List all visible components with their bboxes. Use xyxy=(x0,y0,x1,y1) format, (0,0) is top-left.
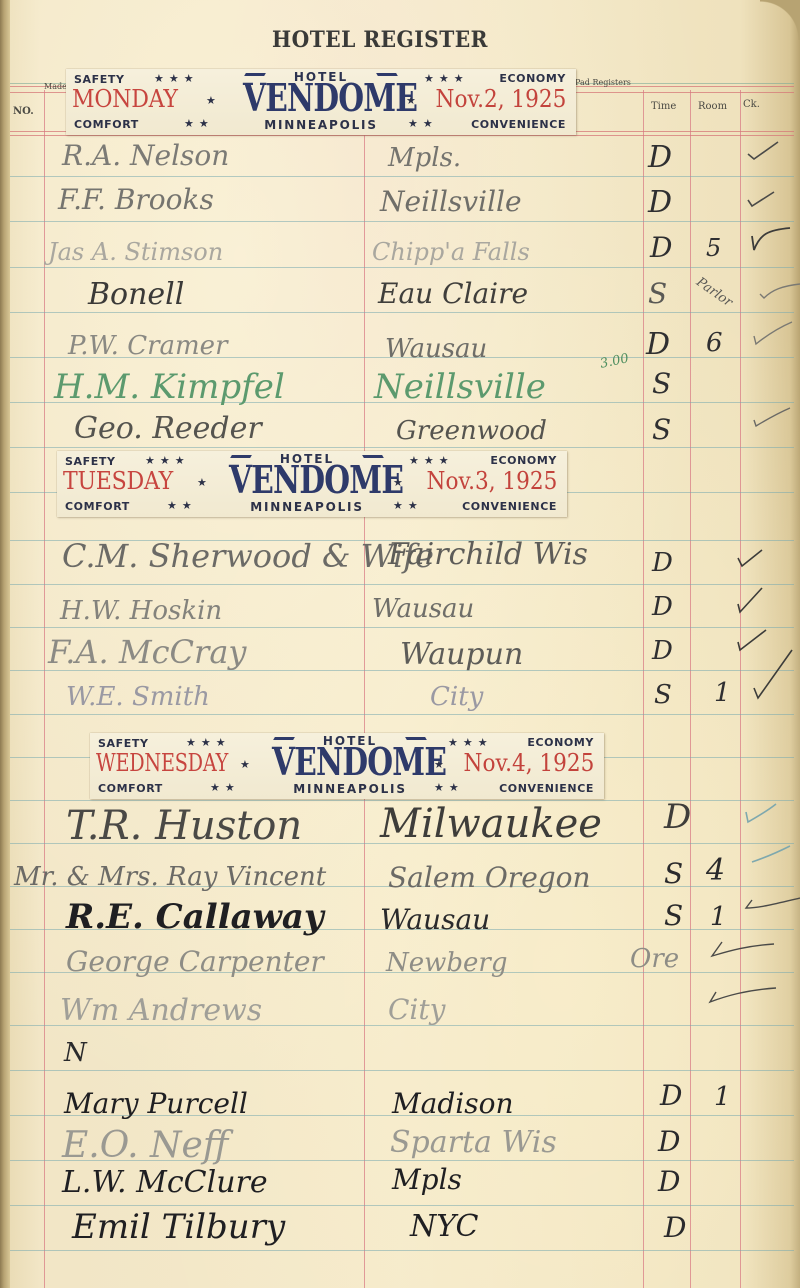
date-stamp-tuesday: SAFETY ★★★ TUESDAY ★ COMFORT ★★ HOTEL VE… xyxy=(57,451,567,517)
time-mark: S xyxy=(648,280,667,308)
column-header-no: NO. xyxy=(13,106,34,117)
stamp-economy: ECONOMY xyxy=(490,454,557,467)
guest-city: City xyxy=(388,996,445,1024)
guest-city: Chipp'a Falls xyxy=(372,240,530,264)
star-icons: ★★ xyxy=(167,499,197,512)
checkmark-icon xyxy=(708,984,742,1004)
checkmark-icon xyxy=(710,940,744,960)
guest-name: P.W. Cramer xyxy=(68,333,228,359)
rate-note: 3.00 xyxy=(599,352,630,371)
room-number: 5 xyxy=(706,236,721,260)
checkmark-icon xyxy=(750,228,784,248)
column-header-room: Room xyxy=(698,101,727,112)
guest-name: Mr. & Mrs. Ray Vincent xyxy=(14,864,326,890)
time-mark: S xyxy=(664,902,683,930)
guest-city: Neillsville xyxy=(374,370,546,404)
star-icons: ★★ xyxy=(434,781,464,794)
guest-city: Sparta Wis xyxy=(390,1128,557,1158)
column-header-time: Time xyxy=(651,101,676,112)
guest-name: Wm Andrews xyxy=(60,996,262,1026)
room-number: 1 xyxy=(714,680,731,706)
column-rule-no xyxy=(44,90,45,1288)
guest-city: Eau Claire xyxy=(378,280,528,308)
room-number: 4 xyxy=(706,856,725,886)
time-mark: D xyxy=(658,1168,680,1196)
guest-city: Mpls. xyxy=(388,145,461,171)
register-page: HOTEL REGISTER Made Pad Registers NO. Ti… xyxy=(0,0,800,1288)
stamp-convenience: CONVENIENCE xyxy=(499,782,594,795)
star-icons: ★★★ xyxy=(448,736,493,749)
guest-name: Emil Tilbury xyxy=(72,1210,285,1244)
stamp-convenience: CONVENIENCE xyxy=(471,118,566,131)
star-icon: ★ xyxy=(206,94,221,107)
guest-name: Geo. Reeder xyxy=(74,414,262,444)
time-mark: D xyxy=(660,1082,682,1110)
star-icons: ★★ xyxy=(184,117,214,130)
guest-city: Salem Oregon xyxy=(388,864,591,892)
checkmark-icon xyxy=(746,896,780,916)
time-mark: D xyxy=(652,594,673,620)
stamp-day: TUESDAY xyxy=(63,467,173,495)
time-mark: S xyxy=(652,370,671,398)
time-mark: D xyxy=(664,1214,686,1242)
guest-city: Neillsville xyxy=(380,188,522,216)
room-number: 1 xyxy=(710,904,727,930)
guest-city: Wausau xyxy=(380,906,490,934)
star-icons: ★★ xyxy=(393,499,423,512)
hotel-vendome-logo: HOTEL VENDOME MINNEAPOLIS xyxy=(207,451,407,517)
star-icons: ★★★ xyxy=(186,736,231,749)
star-icons: ★★★ xyxy=(154,72,199,85)
hotel-vendome-logo: HOTEL VENDOME MINNEAPOLIS xyxy=(250,733,450,799)
guest-name: T.R. Huston xyxy=(66,806,302,846)
column-rule-ck xyxy=(740,90,741,1288)
time-note: Ore xyxy=(630,946,679,972)
guest-city: Fairchild Wis xyxy=(388,540,588,570)
guest-city: Newberg xyxy=(386,950,508,976)
star-icon: ★ xyxy=(406,94,421,107)
time-mark: D xyxy=(646,330,670,360)
guest-name: H.W. Hoskin xyxy=(60,598,222,624)
checkmark-icon xyxy=(736,632,770,652)
column-rule-time xyxy=(643,90,644,1288)
header-rule xyxy=(10,135,794,136)
checkmark-icon xyxy=(742,808,776,828)
date-stamp-wednesday: SAFETY ★★★ WEDNESDAY ★ COMFORT ★★ HOTEL … xyxy=(90,733,604,799)
guest-name: R.E. Callaway xyxy=(66,900,324,934)
guest-name: E.O. Neff xyxy=(62,1128,228,1164)
guest-city: Greenwood xyxy=(396,418,547,444)
time-mark: D xyxy=(658,1128,680,1156)
checkmark-icon xyxy=(736,548,770,568)
guest-name: R.A. Nelson xyxy=(62,142,229,170)
guest-name: Bonell xyxy=(88,280,184,310)
guest-city: Wausau xyxy=(385,336,487,362)
worn-page-corner xyxy=(760,0,800,40)
stamp-economy: ECONOMY xyxy=(499,72,566,85)
guest-city: Milwaukee xyxy=(380,804,602,844)
stamp-day: MONDAY xyxy=(72,85,178,113)
guest-name: George Carpenter xyxy=(66,948,324,976)
star-icons: ★★★ xyxy=(409,454,454,467)
room-name: Parlor xyxy=(694,276,734,310)
time-mark: S xyxy=(652,416,671,444)
guest-city: Madison xyxy=(392,1090,514,1118)
room-number: 1 xyxy=(714,1084,731,1110)
stamp-date: Nov.4, 1925 xyxy=(463,749,594,777)
stamp-date: Nov.2, 1925 xyxy=(435,85,566,113)
checkmark-icon xyxy=(750,848,784,868)
stamp-comfort: COMFORT xyxy=(98,782,163,795)
time-mark: S xyxy=(654,682,672,708)
guest-city: Wausau xyxy=(372,596,474,622)
column-header-ck: Ck. xyxy=(743,99,760,110)
guest-name: W.E. Smith xyxy=(66,684,210,710)
date-stamp-monday: SAFETY ★★★ MONDAY ★ COMFORT ★★ HOTEL VEN… xyxy=(66,69,576,135)
stamp-day: WEDNESDAY xyxy=(96,749,228,777)
guest-city: Waupun xyxy=(400,640,523,670)
stamp-comfort: COMFORT xyxy=(74,118,139,131)
stamp-economy: ECONOMY xyxy=(527,736,594,749)
guest-name: F.A. McCray xyxy=(48,636,246,668)
checkmark-icon xyxy=(736,592,770,612)
star-icons: ★★ xyxy=(210,781,240,794)
guest-city: NYC xyxy=(410,1212,478,1242)
time-mark: D xyxy=(648,143,672,173)
guest-name-partial: N xyxy=(64,1040,87,1066)
hotel-vendome-logo: HOTEL VENDOME MINNEAPOLIS xyxy=(221,69,421,135)
guest-name: L.W. McClure xyxy=(62,1168,268,1198)
guest-name: C.M. Sherwood & Wife xyxy=(62,540,434,572)
star-icons: ★★★ xyxy=(424,72,469,85)
time-mark: D xyxy=(652,550,673,576)
book-binding-edge xyxy=(0,0,10,1288)
star-icon: ★ xyxy=(393,476,408,489)
made-label: Made xyxy=(44,82,67,91)
guest-city: Mpls xyxy=(392,1166,462,1194)
time-mark: D xyxy=(664,800,691,834)
checkmark-icon xyxy=(760,282,794,302)
checkmark-icon xyxy=(746,140,780,160)
checkmark-icon xyxy=(752,670,786,690)
checkmark-icon xyxy=(746,188,780,208)
page-title: HOTEL REGISTER xyxy=(30,27,729,53)
checkmark-icon xyxy=(752,410,786,430)
guest-name: F.F. Brooks xyxy=(58,186,214,214)
guest-name: H.M. Kimpfel xyxy=(54,370,285,404)
time-mark: D xyxy=(648,188,672,218)
stamp-convenience: CONVENIENCE xyxy=(462,500,557,513)
time-mark: D xyxy=(652,638,673,664)
guest-city: City xyxy=(430,684,483,710)
star-icon: ★ xyxy=(434,758,449,771)
checkmark-icon xyxy=(752,326,786,346)
star-icons: ★★ xyxy=(408,117,438,130)
guest-name: Mary Purcell xyxy=(64,1090,248,1118)
time-mark: D xyxy=(650,234,672,262)
stamp-comfort: COMFORT xyxy=(65,500,130,513)
stamp-date: Nov.3, 1925 xyxy=(426,467,557,495)
time-mark: S xyxy=(664,860,683,888)
column-rule-room xyxy=(690,90,691,1288)
pad-registers-label: Pad Registers xyxy=(575,78,631,87)
star-icons: ★★★ xyxy=(145,454,190,467)
guest-name: Jas A. Stimson xyxy=(48,240,223,264)
room-number: 6 xyxy=(706,330,723,356)
